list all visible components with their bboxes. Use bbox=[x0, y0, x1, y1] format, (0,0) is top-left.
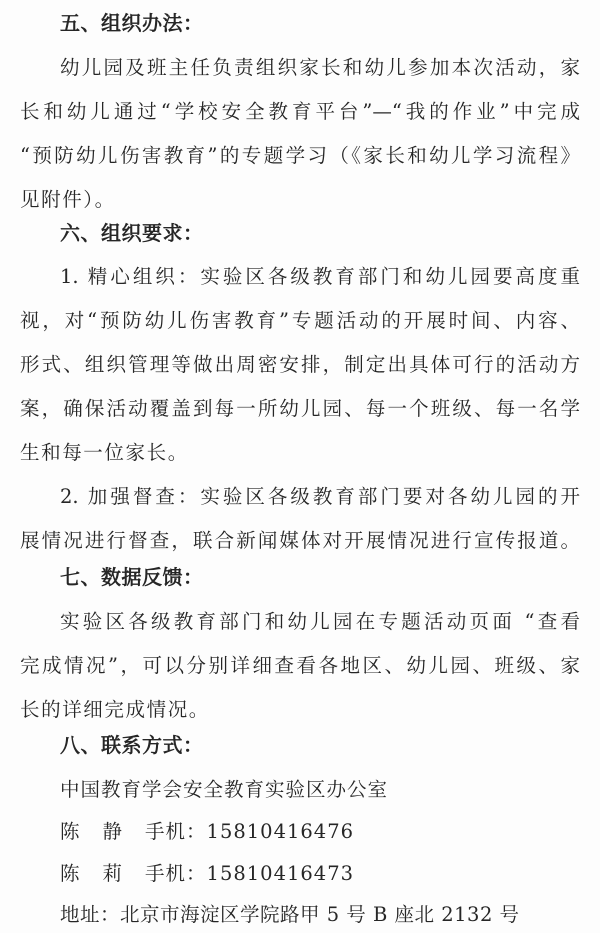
paragraph-line: 1. 精心组织：实验区各级教育部门和幼儿园要高度重 bbox=[60, 265, 580, 289]
paragraph-line: 见附件）。 bbox=[20, 188, 580, 212]
paragraph-line: 展情况进行督查，联合新闻媒体对开展情况进行宣传报道。 bbox=[20, 529, 580, 553]
contact-name-last: 莉 bbox=[103, 862, 124, 885]
contact-name-first: 陈 bbox=[60, 862, 81, 885]
paragraph-line: “预防幼儿伤害教育”的专题学习（《家长和幼儿学习流程》 bbox=[20, 144, 580, 168]
contact-phone: 15810416473 bbox=[207, 862, 354, 885]
paragraph-line: 长的详细完成情况。 bbox=[20, 698, 580, 722]
paragraph-line: 实验区各级教育部门和幼儿园在专题活动页面 “查看 bbox=[60, 610, 580, 634]
contact-address: 地址：北京市海淀区学院路甲 5 号 B 座北 2132 号 bbox=[60, 903, 580, 927]
paragraph-line: 案，确保活动覆盖到每一所幼儿园、每一个班级、每一名学 bbox=[20, 397, 580, 421]
section-heading-contact: 八、联系方式： bbox=[60, 733, 580, 757]
contact-row: 陈莉手机：15810416473 bbox=[60, 862, 580, 886]
section-heading-organization-requirements: 六、组织要求： bbox=[60, 221, 580, 245]
contact-name-last: 静 bbox=[103, 820, 124, 843]
contact-phone-label: 手机： bbox=[145, 820, 207, 843]
document-page: 五、组织办法： 幼儿园及班主任负责组织家长和幼儿参加本次活动，家 长和幼儿通过“… bbox=[0, 0, 600, 933]
paragraph-line: 生和每一位家长。 bbox=[20, 441, 580, 465]
contact-phone: 15810416476 bbox=[207, 820, 354, 843]
paragraph-line: 幼儿园及班主任负责组织家长和幼儿参加本次活动，家 bbox=[60, 56, 580, 80]
paragraph-line: 2. 加强督查：实验区各级教育部门要对各幼儿园的开 bbox=[60, 485, 580, 509]
paragraph-line: 完成情况”，可以分别详细查看各地区、幼儿园、班级、家 bbox=[20, 654, 580, 678]
paragraph-line: 视，对“预防幼儿伤害教育”专题活动的开展时间、内容、 bbox=[20, 309, 580, 333]
contact-row: 陈静手机：15810416476 bbox=[60, 820, 580, 844]
contact-office: 中国教育学会安全教育实验区办公室 bbox=[60, 778, 580, 802]
paragraph-line: 长和幼儿通过“学校安全教育平台”—“我的作业”中完成 bbox=[20, 100, 580, 124]
contact-name-first: 陈 bbox=[60, 820, 81, 843]
section-heading-data-feedback: 七、数据反馈： bbox=[60, 565, 580, 589]
paragraph-line: 形式、组织管理等做出周密安排，制定出具体可行的活动方 bbox=[20, 353, 580, 377]
section-heading-organization-method: 五、组织办法： bbox=[60, 11, 580, 35]
contact-phone-label: 手机： bbox=[145, 862, 207, 885]
